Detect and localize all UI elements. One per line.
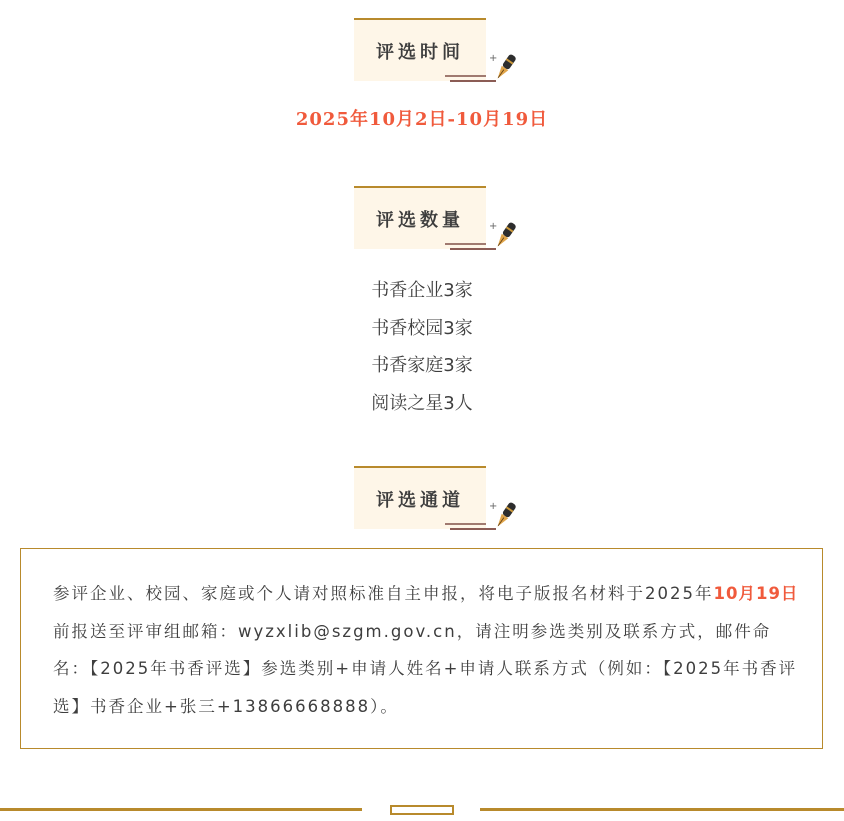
underline-decor [445,243,486,245]
footer-divider-ornament [390,805,454,815]
list-item: 阅读之星3人 [0,385,844,423]
quantity-list: 书香企业3家 书香校园3家 书香家庭3家 阅读之星3人 [0,272,844,422]
underline-decor [450,528,496,530]
section-title: 评选数量 [354,206,486,232]
section-title: 评选时间 [354,38,486,64]
list-item: 书香校园3家 [0,310,844,348]
channel-description: 参评企业、校园、家庭或个人请对照标准自主申报，将电子版报名材料于2025年10月… [53,575,799,725]
section-heading-quantity: 评选数量 + [354,186,486,249]
description-text: 参评企业、校园、家庭或个人请对照标准自主申报，将电子版报名材料于2025年 [53,584,714,603]
underline-decor [450,80,496,82]
channel-content-box: 参评企业、校园、家庭或个人请对照标准自主申报，将电子版报名材料于2025年10月… [20,548,823,749]
event-date: 2025年10月2日-10月19日 [0,105,844,131]
underline-decor [445,523,486,525]
footer-divider-right [480,808,844,811]
footer-divider-left [0,808,362,811]
deadline-highlight: 10月19日 [714,584,799,603]
description-text: 前报送至评审组邮箱：wyzxlib@szgm.gov.cn，请注明参选类别及联系… [53,622,797,716]
list-item: 书香家庭3家 [0,347,844,385]
section-title: 评选通道 [354,486,486,512]
section-heading-time: 评选时间 + [354,18,486,81]
underline-decor [445,75,486,77]
fountain-pen-icon [494,221,516,251]
fountain-pen-icon [494,53,516,83]
list-item: 书香企业3家 [0,272,844,310]
underline-decor [450,248,496,250]
section-heading-channel: 评选通道 + [354,466,486,529]
fountain-pen-icon [494,501,516,531]
